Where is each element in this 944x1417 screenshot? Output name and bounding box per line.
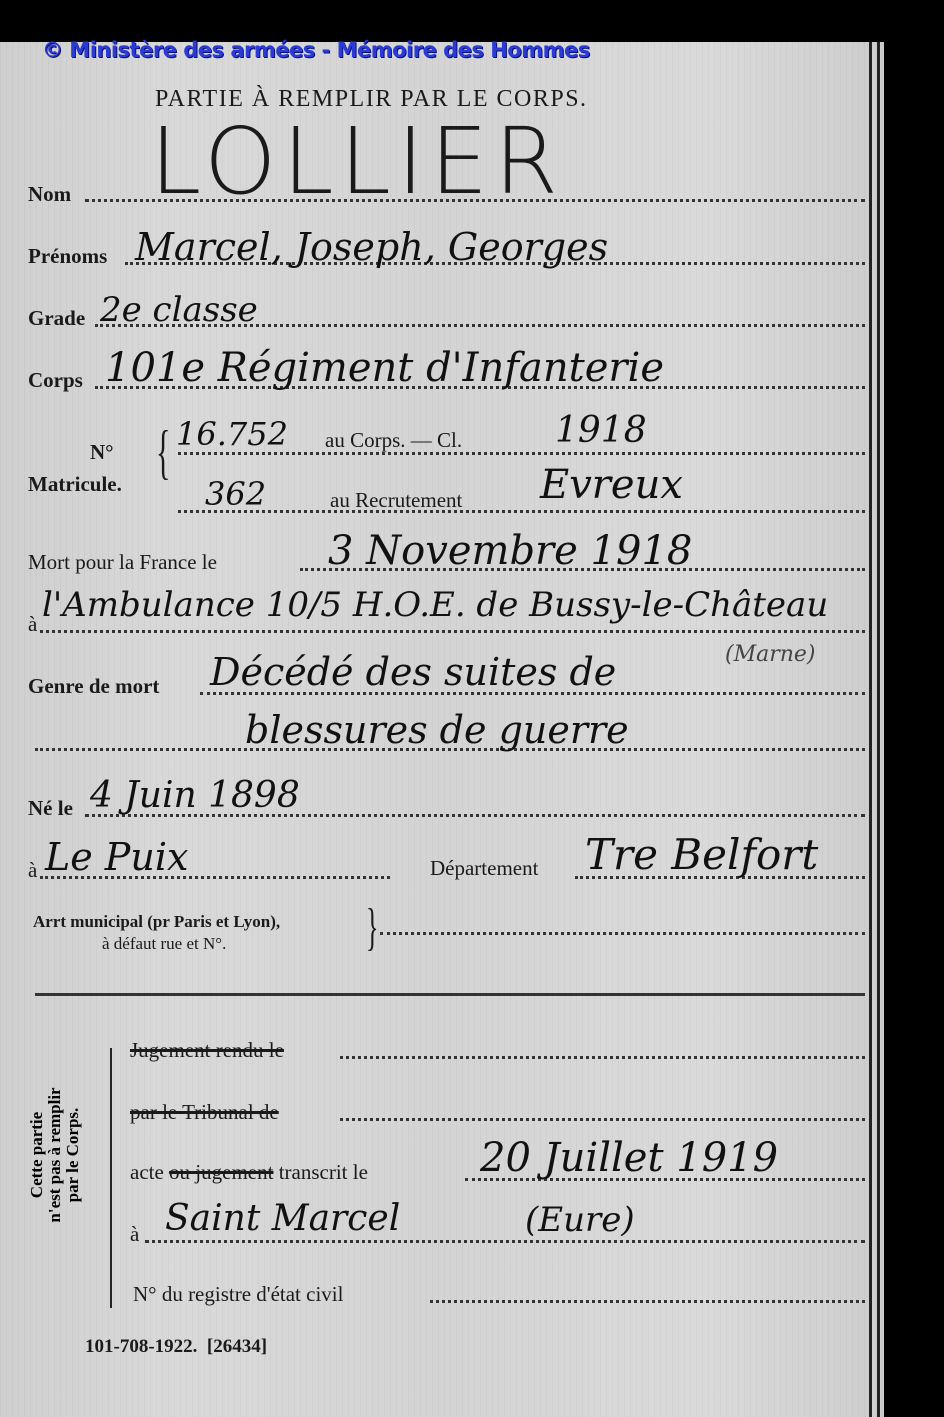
corps-label: Corps <box>28 368 83 393</box>
prenoms-label: Prénoms <box>28 244 107 269</box>
lieu-mort-label: à <box>28 612 37 637</box>
nom-label: Nom <box>28 182 71 207</box>
arrondissement-line <box>380 932 865 935</box>
au-corps-label: au Corps. — Cl. <box>325 428 462 453</box>
matricule-label-1: N° <box>90 440 114 465</box>
lieu-naissance-label: à <box>28 858 37 883</box>
matricule-label-2: Matricule. <box>28 472 122 497</box>
departement-label: Département <box>430 856 538 881</box>
grade-value: 2e classe <box>100 290 258 330</box>
form-reference: 101-708-1922. [26434] <box>85 1336 267 1358</box>
mort-label: Mort pour la France le <box>28 550 217 575</box>
lieu-note: (Eure) <box>525 1200 635 1240</box>
recrutement-value: Evreux <box>540 462 683 508</box>
naissance-value: 4 Juin 1898 <box>90 775 300 816</box>
departement-value: Tre Belfort <box>585 830 818 879</box>
registre-label: N° du registre d'état civil <box>133 1282 343 1307</box>
classe-value: 1918 <box>555 410 647 451</box>
recrutement-number: 362 <box>205 475 266 513</box>
jugement-label: Jugement rendu le <box>130 1038 284 1063</box>
arrondissement-label-2: à défaut rue et N°. <box>102 934 226 954</box>
naissance-label: Né le <box>28 796 73 821</box>
side-note: Cette partie n'est pas à remplir par le … <box>28 1070 82 1240</box>
brace: { <box>156 418 170 487</box>
grade-label: Grade <box>28 306 85 331</box>
registre-line <box>430 1300 865 1303</box>
prenoms-value: Marcel, Joseph, Georges <box>135 225 608 269</box>
lieu-naissance-value: Le Puix <box>45 835 188 879</box>
genre-mort-label: Genre de mort <box>28 674 159 699</box>
lieu-value: Saint Marcel <box>165 1198 400 1239</box>
recrutement-line <box>178 510 865 513</box>
acte-value: 20 Juillet 1919 <box>480 1135 778 1181</box>
jugement-line <box>340 1056 865 1059</box>
genre-mort-value-1: Décédé des suites de <box>210 650 616 694</box>
border-line <box>877 42 880 1417</box>
corps-number-value: 16.752 <box>176 415 288 453</box>
lieu-mort-value: l'Ambulance 10/5 H.O.E. de Bussy-le-Chât… <box>42 585 828 625</box>
tribunal-line <box>340 1118 865 1121</box>
lieu-line <box>145 1240 865 1243</box>
lieu-label: à <box>130 1222 139 1247</box>
acte-label: acte ou jugement transcrit le <box>130 1160 368 1185</box>
corps-value: 101e Régiment d'Infanterie <box>105 345 664 391</box>
separator-line <box>35 993 865 996</box>
recrutement-label: au Recrutement <box>330 488 462 513</box>
border-line <box>869 42 872 1417</box>
lieu-mort-line <box>40 630 865 633</box>
mort-value: 3 Novembre 1918 <box>328 528 692 574</box>
watermark: © Ministère des armées - Mémoire des Hom… <box>42 38 590 62</box>
genre-mort-value-2: blessures de guerre <box>245 708 629 752</box>
arrondissement-label-1: Arrt municipal (pr Paris et Lyon), <box>33 912 280 932</box>
tribunal-label: par le Tribunal de <box>130 1100 279 1125</box>
nom-value: LOLLIER <box>150 108 564 215</box>
side-brace <box>110 1048 112 1308</box>
lieu-mort-note: (Marne) <box>725 642 816 667</box>
brace: } <box>366 898 378 957</box>
